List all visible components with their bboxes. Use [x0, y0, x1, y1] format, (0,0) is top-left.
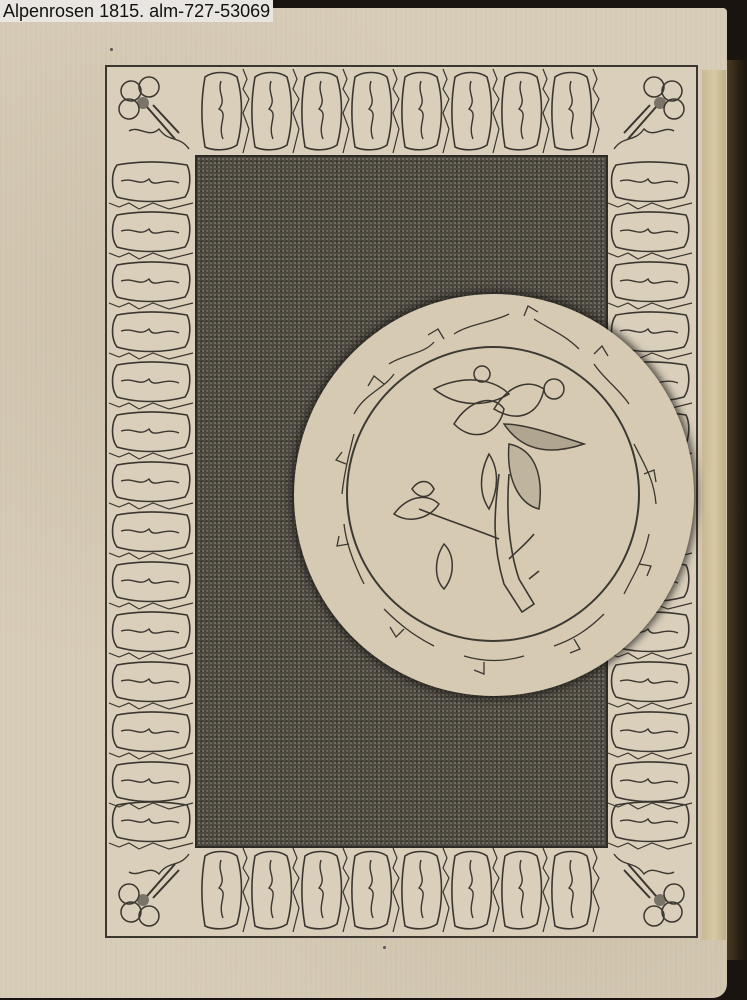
paper-speck — [110, 48, 113, 51]
page-edge-shadow — [727, 60, 747, 960]
ornamental-frame — [105, 65, 698, 938]
flowering-branch-illustration — [294, 294, 694, 696]
stippled-center-panel — [195, 155, 608, 848]
medallion — [294, 294, 694, 696]
paper-speck — [383, 946, 386, 949]
cover-edge-strip — [702, 70, 726, 940]
image-caption-label: Alpenrosen 1815. alm-727-53069 — [0, 0, 273, 22]
